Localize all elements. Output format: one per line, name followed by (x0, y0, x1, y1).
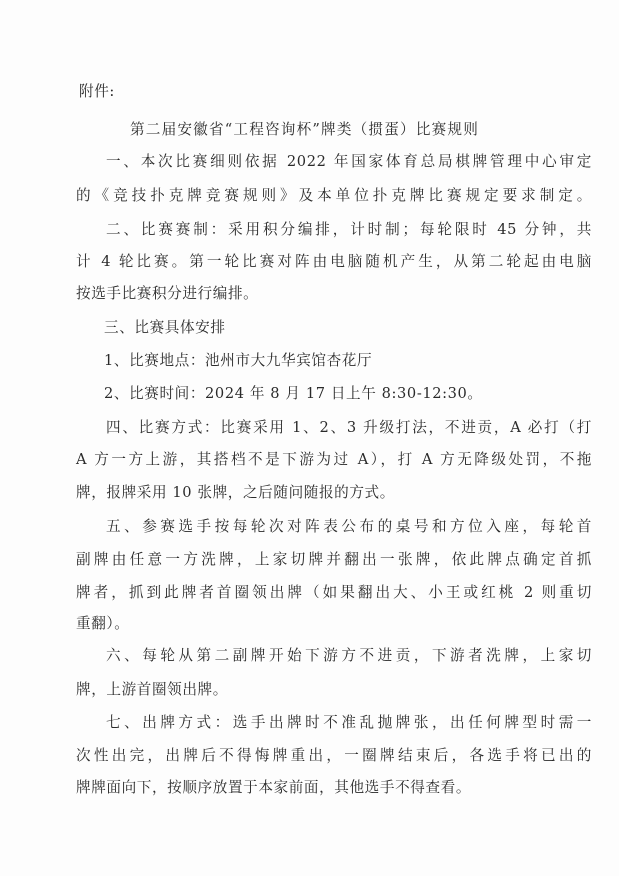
document-title: 第二届安徽省“工程咨询杯”牌类（掼蛋）比赛规则 (130, 120, 619, 140)
rule-1-line-1: 一、本次比赛细则依据 2022 年国家体育总局棋牌管理中心审定 (106, 152, 592, 172)
rule-4-line-1: 四、比赛方式：比赛采用 1、2、3 升级打法，不进贡，A 必打（打 (106, 418, 592, 438)
rule-5-line-3: 牌者，抓到此牌者首圈领出牌（如果翻出大、小王或红桃 2 则重切 (76, 583, 592, 603)
rule-5-line-1: 五、参赛选手按每轮次对阵表公布的桌号和方位入座，每轮首 (106, 517, 592, 537)
rule-6-line-1: 六、每轮从第二副牌开始下游方不进贡，下游者洗牌，上家切 (106, 646, 592, 666)
rule-5-line-4: 重翻）。 (76, 614, 592, 634)
rule-1-line-2: 的《竞技扑克牌竞赛规则》及本单位扑克牌比赛规定要求制定。 (76, 186, 592, 206)
document-page: 附件: 第二届安徽省“工程咨询杯”牌类（掼蛋）比赛规则 一、本次比赛细则依据 2… (0, 0, 619, 876)
rule-5-line-2: 副牌由任意一方洗牌，上家切牌并翻出一张牌，依此牌点确定首抓 (76, 550, 592, 570)
rule-7-line-1: 七、出牌方式：选手出牌时不准乱抛牌张，出任何牌型时需一 (106, 713, 592, 733)
rule-2-line-2: 计 4 轮比赛。第一轮比赛对阵由电脑随机产生，从第二轮起由电脑 (76, 252, 592, 272)
rule-3-heading: 三、比赛具体安排 (104, 318, 619, 338)
rule-3-time: 2、比赛时间：2024 年 8 月 17 日上午 8:30-12:30。 (104, 384, 619, 404)
rule-4-line-3: 牌，报牌采用 10 张牌，之后随问随报的方式。 (76, 483, 592, 503)
rule-2-line-1: 二、比赛赛制：采用积分编排，计时制；每轮限时 45 分钟，共 (106, 220, 592, 240)
attachment-label: 附件: (79, 82, 595, 102)
rule-7-line-2: 次性出完，出牌后不得悔牌重出，一圈牌结束后，各选手将已出的 (76, 746, 592, 766)
rule-6-line-2: 牌，上游首圈领出牌。 (76, 680, 592, 700)
rule-7-line-3: 牌牌面向下，按顺序放置于本家前面，其他选手不得查看。 (76, 778, 592, 798)
rule-3-location: 1、比赛地点：池州市大九华宾馆杏花厅 (104, 351, 619, 371)
rule-4-line-2: A 方一方上游，其搭档不是下游为过 A），打 A 方无降级处罚，不拖 (76, 450, 592, 470)
rule-2-line-3: 按选手比赛积分进行编排。 (76, 284, 592, 304)
